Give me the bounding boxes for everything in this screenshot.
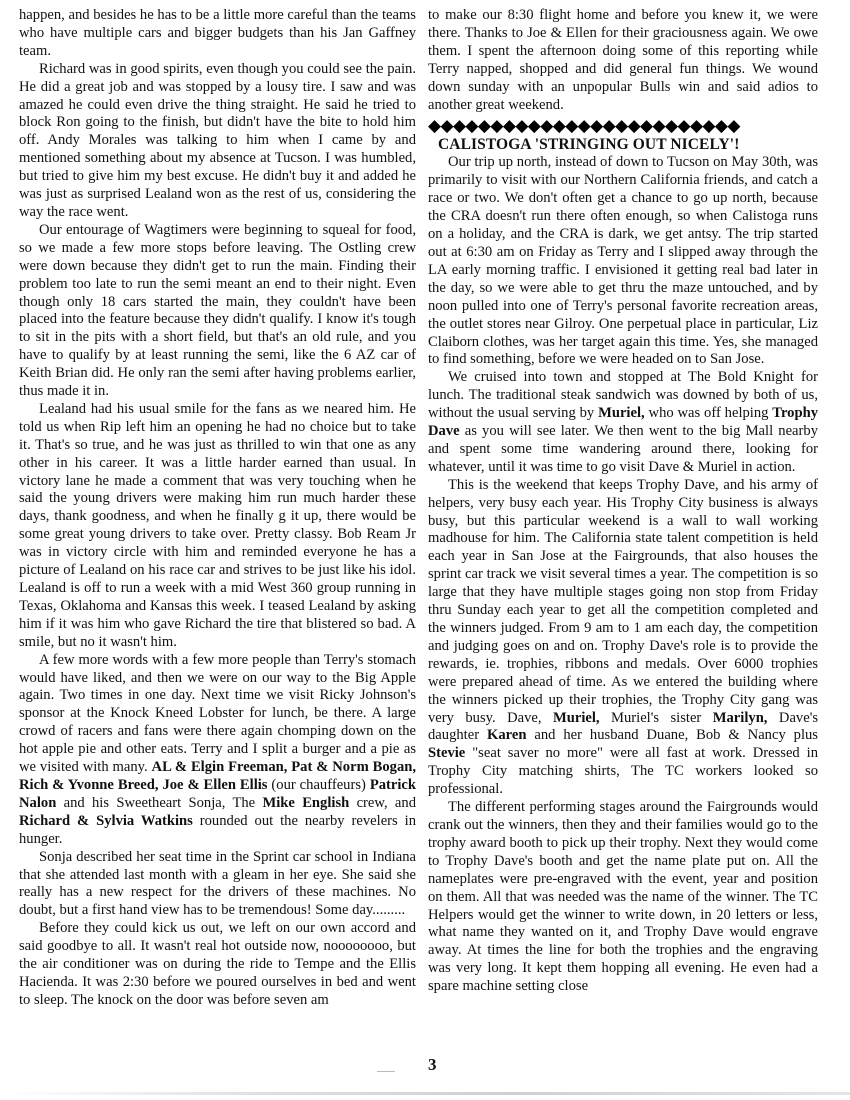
bold-name: Karen (487, 727, 526, 743)
paragraph-goodbye: Before they could kick us out, we left o… (19, 920, 416, 1010)
paragraph-trip-north: Our trip up north, instead of down to Tu… (428, 154, 818, 369)
right-column: to make our 8:30 flight home and before … (428, 7, 818, 996)
page-number: 3 (428, 1055, 437, 1075)
paragraph-entourage: Our entourage of Wagtimers were beginnin… (19, 222, 416, 401)
paragraph-lealand: Lealand had his usual smile for the fans… (19, 401, 416, 652)
diamond-divider: ◆◆◆◆◆◆◆◆◆◆◆◆◆◆◆◆◆◆◆◆◆◆◆◆◆ (428, 116, 818, 135)
left-column: happen, and besides he has to be a littl… (19, 7, 416, 1010)
page-bottom-edge (0, 1092, 850, 1095)
paragraph-sonja: Sonja described her seat time in the Spr… (19, 849, 416, 921)
bold-name: Muriel, (598, 405, 645, 421)
bold-name: Marilyn, (713, 710, 768, 726)
paragraph-big-apple: A few more words with a few more people … (19, 652, 416, 849)
paragraph-richard: Richard was in good spirits, even though… (19, 61, 416, 222)
paragraph-bold-knight: We cruised into town and stopped at The … (428, 369, 818, 476)
bold-name: Muriel, (553, 710, 600, 726)
paragraph-trophy-city: This is the weekend that keeps Trophy Da… (428, 477, 818, 799)
scan-mark (377, 1071, 395, 1072)
bold-name: Richard & Sylvia Watkins (19, 813, 193, 829)
paragraph-continuation: happen, and besides he has to be a littl… (19, 7, 416, 61)
paragraph-performing-stages: The different performing stages around t… (428, 799, 818, 996)
paragraph-flight-home: to make our 8:30 flight home and before … (428, 7, 818, 114)
bold-name: Stevie (428, 745, 465, 761)
article-headline: CALISTOGA 'STRINGING OUT NICELY'! (438, 135, 818, 154)
bold-name: Mike English (262, 795, 349, 811)
